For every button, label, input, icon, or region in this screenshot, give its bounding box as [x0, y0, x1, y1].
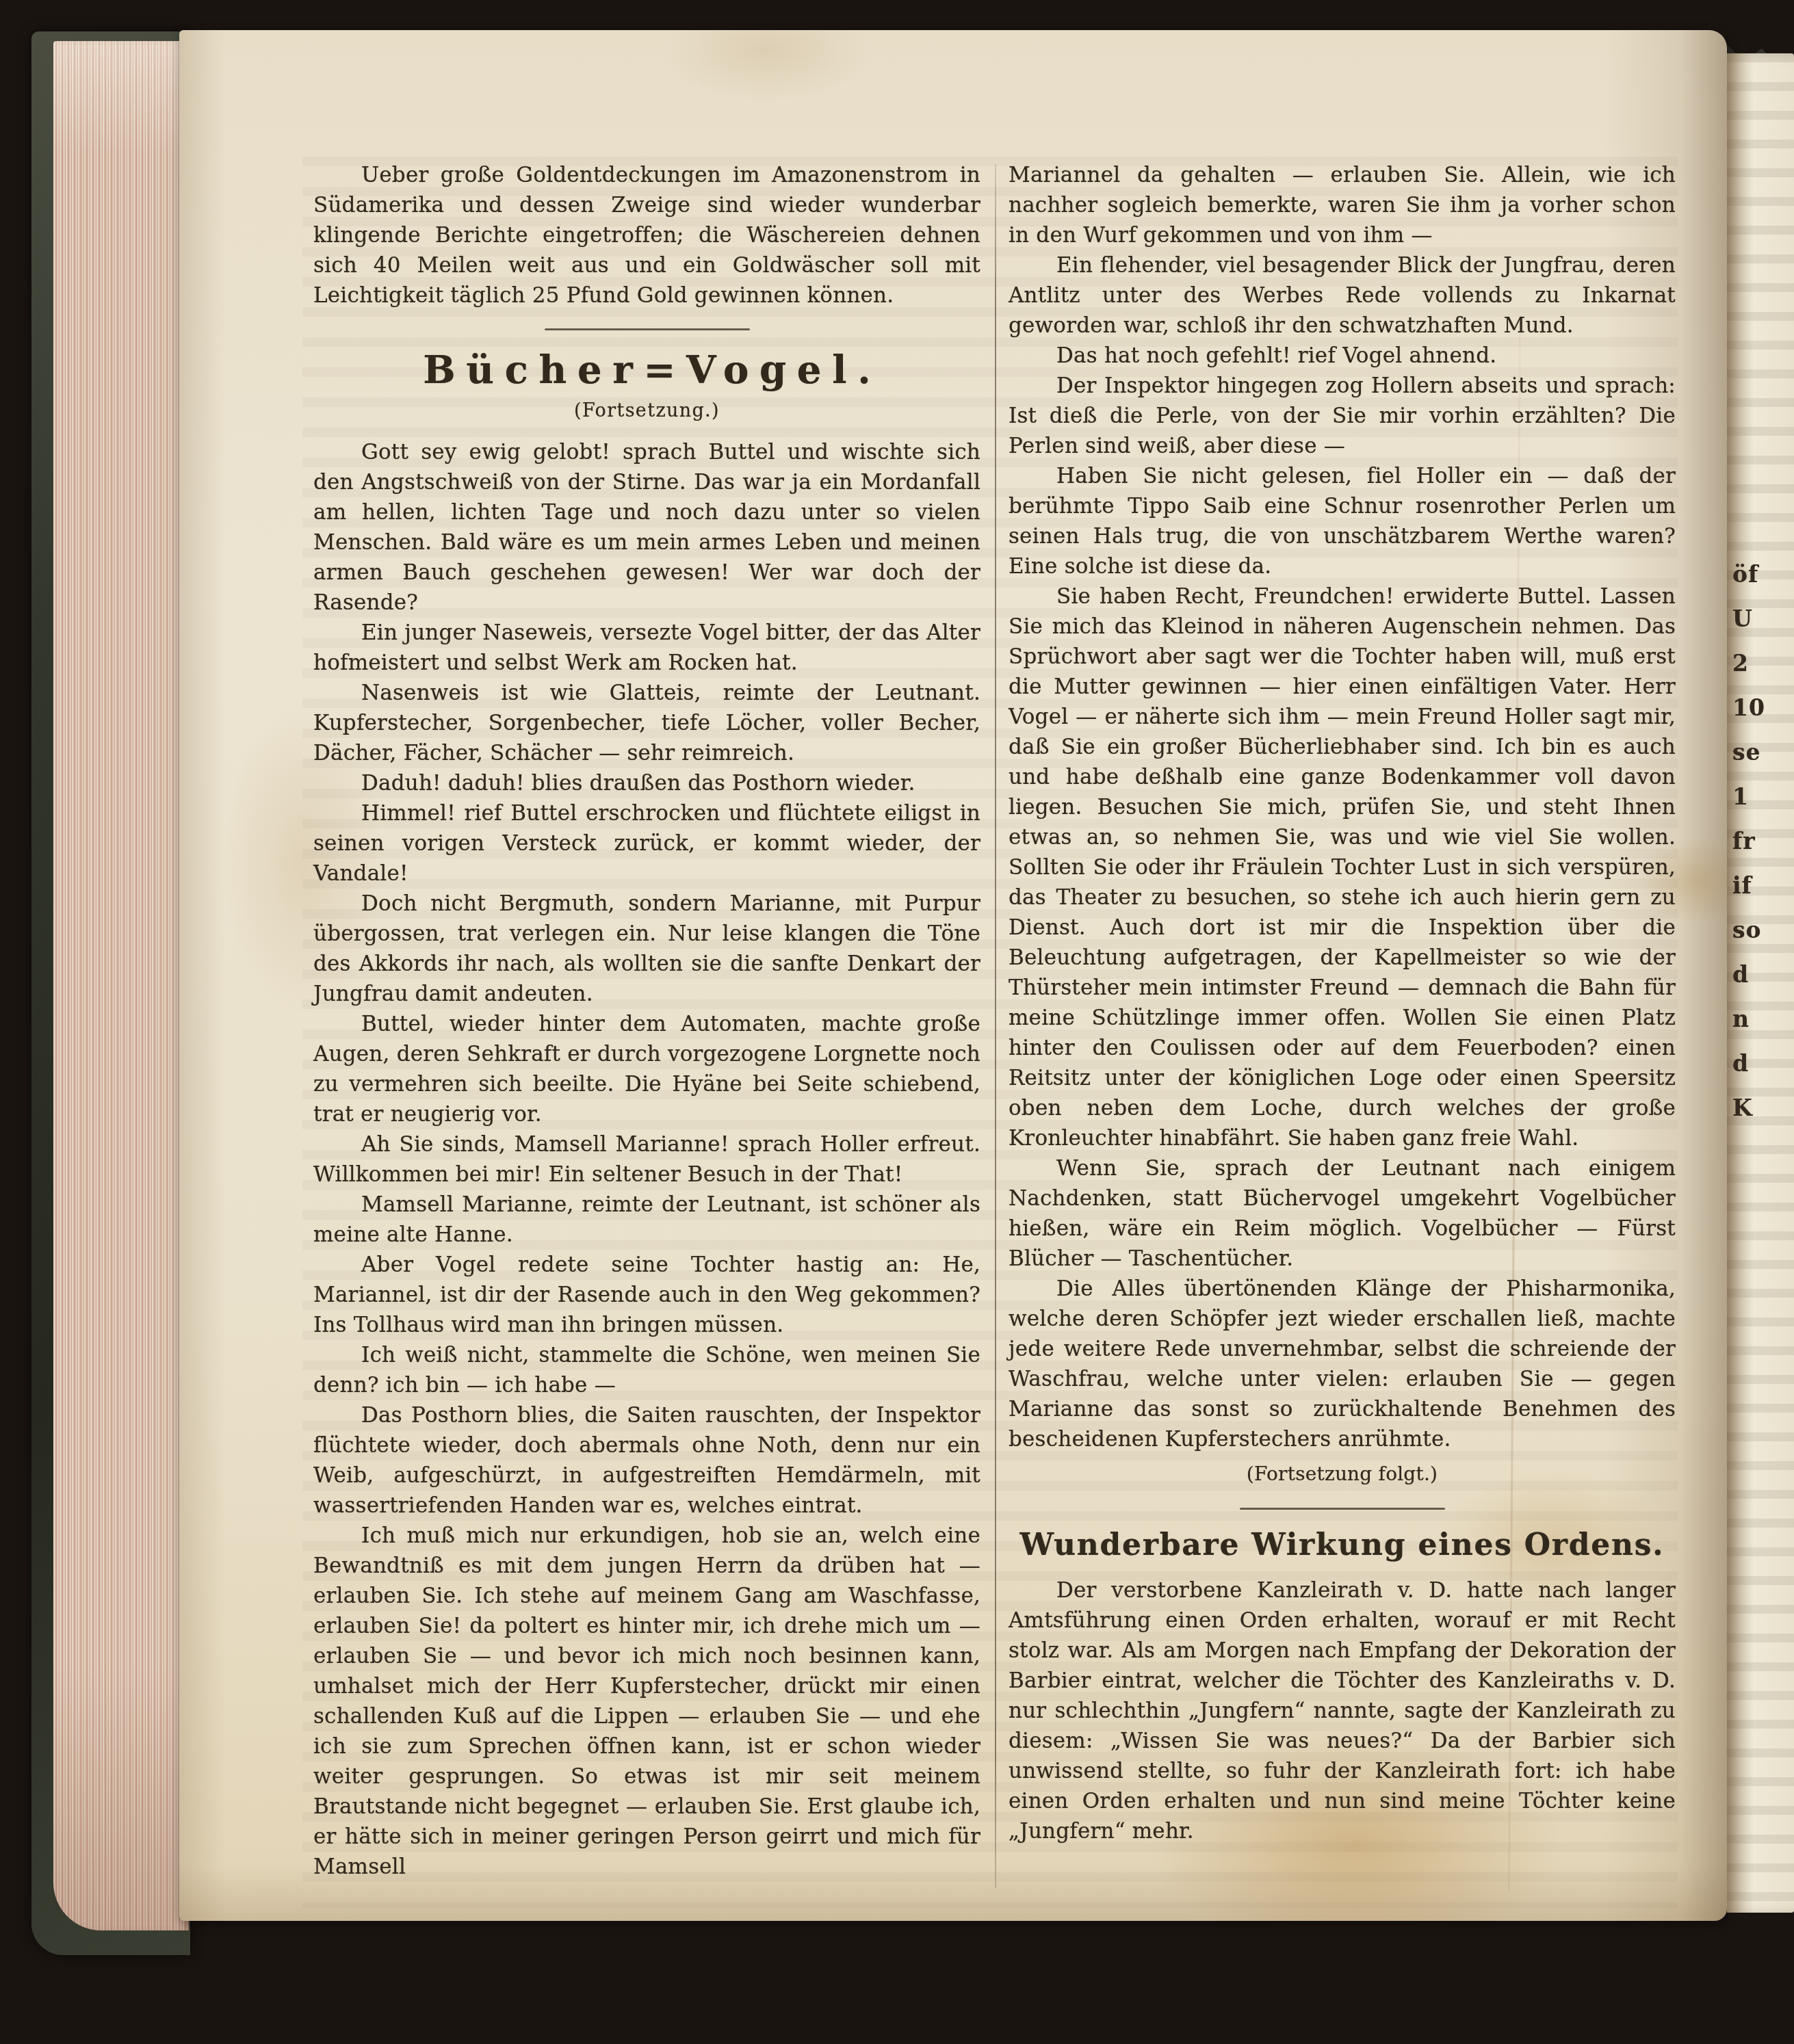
- story-paragraph: Ich muß mich nur erkundigen, hob sie an,…: [313, 1521, 980, 1882]
- story-title: Bücher=Vogel.: [313, 345, 980, 395]
- story-paragraph: Die Alles übertönenden Klänge der Phisha…: [1009, 1274, 1676, 1454]
- edge-text-fragment: 2: [1732, 650, 1765, 676]
- page-stack-fore-edge: [53, 41, 189, 1930]
- story-paragraph: Wenn Sie, sprach der Leutnant nach einig…: [1009, 1153, 1676, 1274]
- continuation-note: (Fortsetzung folgt.): [1009, 1458, 1676, 1490]
- story-paragraph: Das Posthorn blies, die Saiten rauschten…: [313, 1400, 980, 1521]
- book-page: Ueber große Goldentdeckungen im Amazonen…: [179, 30, 1727, 1921]
- edge-text-fragment: 1: [1732, 783, 1765, 809]
- edge-text-fragment: so: [1732, 917, 1765, 943]
- story-paragraph: Das hat noch gefehlt! rief Vogel ahnend.: [1009, 341, 1676, 371]
- story-paragraph: Ich weiß nicht, stammelte die Schöne, we…: [313, 1340, 980, 1400]
- column-divider-rule: [995, 164, 996, 1888]
- anecdote-paragraph: Der verstorbene Kanzleirath v. D. hatte …: [1009, 1575, 1676, 1846]
- story-paragraph: Haben Sie nicht gelesen, fiel Holler ein…: [1009, 461, 1676, 581]
- edge-text-fragment: d: [1732, 1050, 1765, 1076]
- edge-text-fragment: if: [1732, 872, 1765, 898]
- story-paragraph: Ein junger Naseweis, versezte Vogel bitt…: [313, 618, 980, 678]
- story-subtitle: (Fortsetzung.): [313, 397, 980, 425]
- story-paragraph: Mamsell Marianne, reimte der Leutnant, i…: [313, 1190, 980, 1250]
- scanned-book-spread: Ueber große Goldentdeckungen im Amazonen…: [0, 0, 1794, 2044]
- edge-text-fragment: n: [1732, 1006, 1765, 1032]
- story-paragraph: Der Inspektor hingegen zog Hollern absei…: [1009, 371, 1676, 461]
- edge-text-fragment: U: [1732, 605, 1765, 631]
- story-paragraph: Gott sey ewig gelobt! sprach Buttel und …: [313, 437, 980, 618]
- story-paragraph: Doch nicht Bergmuth, sondern Marianne, m…: [313, 889, 980, 1009]
- edge-text-fragment: K: [1732, 1095, 1765, 1121]
- story-paragraph: Mariannel da gehalten — erlauben Sie. Al…: [1009, 160, 1676, 250]
- story-paragraph: Himmel! rief Buttel erschrocken und flüc…: [313, 798, 980, 889]
- story-paragraph: Aber Vogel redete seine Tochter hastig a…: [313, 1250, 980, 1340]
- edge-text-fragment: d: [1732, 961, 1765, 987]
- next-page-text-fragments: öfU210se1frifsodndK: [1732, 561, 1765, 1121]
- edge-text-fragment: 10: [1732, 694, 1765, 720]
- right-column: Mariannel da gehalten — erlauben Sie. Al…: [1009, 160, 1676, 1846]
- story-paragraph: Nasenweis ist wie Glatteis, reimte der L…: [313, 678, 980, 768]
- edge-text-fragment: fr: [1732, 828, 1765, 854]
- section-divider-rule: [1240, 1508, 1445, 1510]
- story-paragraph: Daduh! daduh! blies draußen das Posthorn…: [313, 768, 980, 798]
- story-paragraph: Sie haben Recht, Freundchen! erwiderte B…: [1009, 581, 1676, 1153]
- next-page-sliver: öfU210se1frifsodndK: [1727, 53, 1794, 1913]
- story-left-paragraphs: Gott sey ewig gelobt! sprach Buttel und …: [313, 437, 980, 1882]
- news-paragraph: Ueber große Goldentdeckungen im Amazonen…: [313, 160, 980, 311]
- anecdote-title: Wunderbare Wirkung eines Ordens.: [1009, 1525, 1676, 1566]
- story-paragraph: Buttel, wieder hinter dem Automaten, mac…: [313, 1009, 980, 1129]
- edge-text-fragment: öf: [1732, 561, 1765, 587]
- section-divider-rule: [545, 328, 750, 330]
- story-right-paragraphs: Mariannel da gehalten — erlauben Sie. Al…: [1009, 160, 1676, 1454]
- left-column: Ueber große Goldentdeckungen im Amazonen…: [313, 160, 980, 1882]
- story-paragraph: Ah Sie sinds, Mamsell Marianne! sprach H…: [313, 1129, 980, 1190]
- edge-text-fragment: se: [1732, 739, 1765, 765]
- anecdote-paragraphs: Der verstorbene Kanzleirath v. D. hatte …: [1009, 1575, 1676, 1846]
- story-paragraph: Ein flehender, viel besagender Blick der…: [1009, 250, 1676, 341]
